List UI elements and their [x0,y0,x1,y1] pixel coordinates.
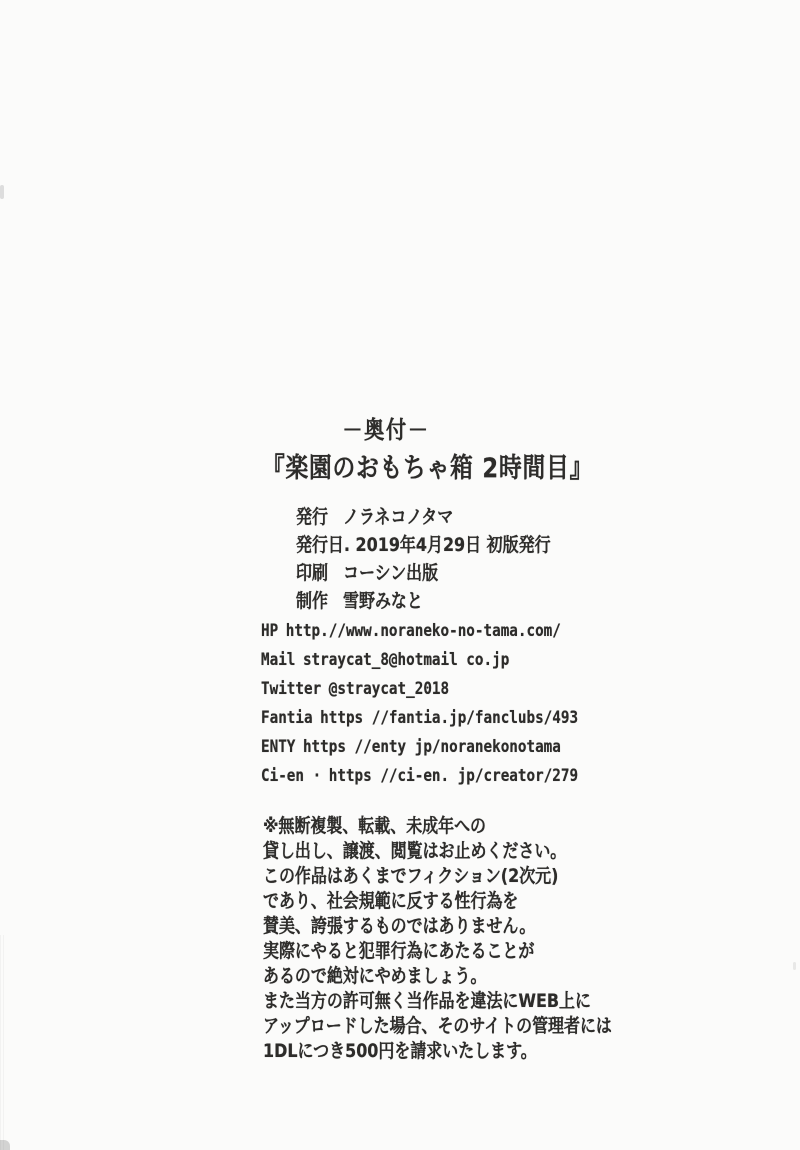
notice-line: あるので絶対にやめましょう。 [263,964,612,989]
link-url: straycat_8@hotmail co.jp [303,650,509,670]
publication-value: 雪野みなと [343,590,423,612]
scanned-colophon-page: { "page": { "background_color": "#fbfbfa… [0,0,800,1150]
link-url: https //fantia.jp/fanclubs/493 [320,708,578,728]
publication-value: ノラネコノタマ [343,506,453,528]
link-url: https //enty jp/noranekonotama [303,737,561,757]
publication-value: コーシン出版 [343,562,438,584]
notice-line: ※無断複製、転載、未成年への [263,814,612,839]
link-url: https //ci-en. jp/creator/279 [329,766,578,786]
publication-label: 印刷 [296,559,343,587]
scan-speck [0,185,4,199]
notice-line: 賛美、誇張するものではありません。 [263,914,612,939]
link-label: Ci-en · [261,766,321,786]
publication-value: . 2019年4月29日 初版発行 [344,534,551,556]
scan-speck [0,1140,10,1150]
publication-info-list: 発行ノラネコノタマ 発行日. 2019年4月29日 初版発行 印刷コーシン出版 … [296,503,551,615]
link-label: Mail [261,650,295,670]
notice-line: 貸し出し、譲渡、閲覧はお止めください。 [263,839,612,864]
publication-label: 制作 [296,587,343,615]
link-row-mail: Mailstraycat_8@hotmail co.jp [261,646,578,675]
scan-speck [793,962,796,970]
link-row-twitter: Twitter@straycat_2018 [261,675,578,704]
scan-edge-streaks [0,935,6,1150]
notice-line: 実際にやると犯罪行為にあたることが [263,939,612,964]
publication-label: 発行 [296,503,343,531]
link-url: http.//www.noraneko-no-tama.com/ [286,621,561,641]
link-row-enty: ENTYhttps //enty jp/noranekonotama [261,733,578,762]
link-row-cien: Ci-en ·https //ci-en. jp/creator/279 [261,762,578,791]
publication-row-publisher: 発行ノラネコノタマ [296,503,551,531]
link-row-fantia: Fantiahttps //fantia.jp/fanclubs/493 [261,704,578,733]
notice-line: であり、社会規範に反する性行為を [263,889,612,914]
book-title: 『楽園のおもちゃ箱 2時間目』 [262,446,593,485]
contact-links-list: HPhttp.//www.noraneko-no-tama.com/ Mails… [261,617,578,791]
link-label: ENTY [261,737,295,757]
publication-label: 発行日 [296,531,344,559]
link-label: Fantia [261,708,313,728]
notice-line: アップロードした場合、そのサイトの管理者には [263,1014,612,1039]
publication-row-creator: 制作雪野みなと [296,587,551,615]
colophon-header: －奥付－ [302,410,470,445]
publication-row-printer: 印刷コーシン出版 [296,559,551,587]
usage-notice: ※無断複製、転載、未成年への 貸し出し、譲渡、閲覧はお止めください。 この作品は… [263,814,612,1064]
link-url: @straycat_2018 [329,679,449,699]
link-label: HP [261,621,278,641]
link-row-hp: HPhttp.//www.noraneko-no-tama.com/ [261,617,578,646]
link-label: Twitter [261,679,321,699]
notice-line: 1DLにつき500円を請求いたします。 [263,1039,612,1064]
notice-line: また当方の許可無く当作品を違法にWEB上に [263,989,612,1014]
publication-row-date: 発行日. 2019年4月29日 初版発行 [296,531,551,559]
notice-line: この作品はあくまでフィクション(2次元) [263,864,612,889]
